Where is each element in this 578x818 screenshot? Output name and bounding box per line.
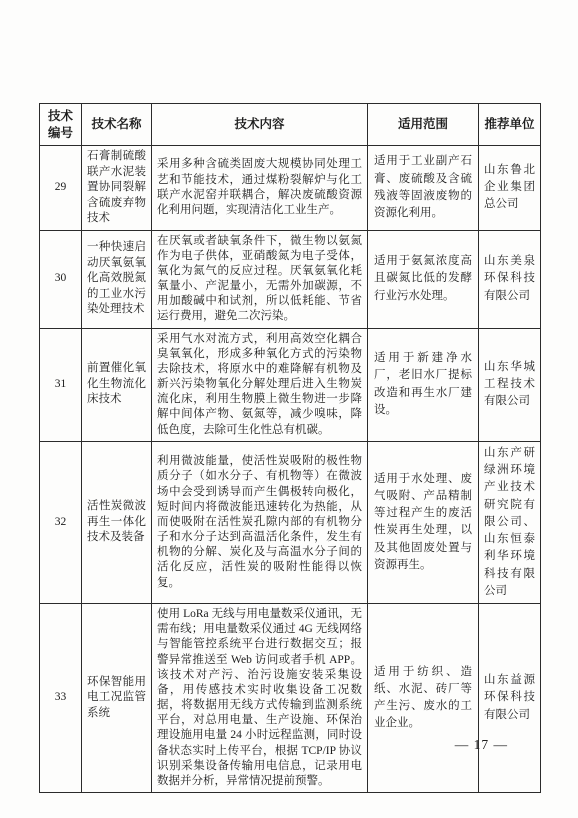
header-tech-content: 技术内容 (152, 104, 368, 146)
tech-content: 采用多种含硫类固废大规模协同处理工艺和节能技术，通过煤粉裂解炉与化工联产水泥窑并… (152, 146, 368, 231)
header-tech-number: 技术编号 (40, 104, 82, 146)
table-row: 32 活性炭微波再生一体化技术及装备 利用微波能量，使活性炭吸附的极性物质分子（… (40, 441, 541, 603)
tech-content: 利用微波能量，使活性炭吸附的极性物质分子（如水分子、有机物等）在微波场中会受到诱… (152, 441, 368, 603)
recommending-unit: 山东华城工程技术有限公司 (479, 328, 541, 441)
table-header-row: 技术编号 技术名称 技术内容 适用范围 推荐单位 (40, 104, 541, 146)
technology-table: 技术编号 技术名称 技术内容 适用范围 推荐单位 29 石膏制硫酸联产水泥装置协… (39, 103, 541, 793)
applicable-scope: 适用于水处理、废气吸附、产品精制等过程产生的废活性炭再生处理，以及其他固废处置与… (368, 441, 479, 603)
tech-name: 前置催化氧化生物流化床技术 (82, 328, 152, 441)
applicable-scope: 适用于纺织、造纸、水泥、砖厂等产生污、废水的工业企业。 (368, 604, 479, 793)
tech-content: 采用气水对流方式，利用高效空化耦合臭氧氧化，形成多种氧化方式的污染物去除技术，将… (152, 328, 368, 441)
tech-name: 一种快速启动厌氧氨氧化高效脱氮的工业水污染处理技术 (82, 230, 152, 328)
table-row: 31 前置催化氧化生物流化床技术 采用气水对流方式，利用高效空化耦合臭氧氧化，形… (40, 328, 541, 441)
header-tech-name: 技术名称 (82, 104, 152, 146)
table-row: 30 一种快速启动厌氧氨氧化高效脱氮的工业水污染处理技术 在厌氧或者缺氧条件下，… (40, 230, 541, 328)
applicable-scope: 适用于工业副产石膏、废硫酸及含硫残液等固液废物的资源化利用。 (368, 146, 479, 231)
tech-number: 30 (40, 230, 82, 328)
page-number: — 17 — (455, 737, 508, 753)
tech-number: 29 (40, 146, 82, 231)
tech-content: 在厌氧或者缺氧条件下，微生物以氨氮作为电子供体，亚硝酸氮为电子受体，氧化为氮气的… (152, 230, 368, 328)
tech-content: 使用 LoRa 无线与用电量数采仪通讯，无需布线；用电量数采仪通过 4G 无线网… (152, 604, 368, 793)
applicable-scope: 适用于氨氮浓度高且碳氮比低的发酵行业污水处理。 (368, 230, 479, 328)
header-applicable-scope: 适用范围 (368, 104, 479, 146)
tech-number: 33 (40, 604, 82, 793)
recommending-unit: 山东鲁北企业集团总公司 (479, 146, 541, 231)
applicable-scope: 适用于新建净水厂，老旧水厂提标改造和再生水厂建设。 (368, 328, 479, 441)
recommending-unit: 山东美泉环保科技有限公司 (479, 230, 541, 328)
tech-number: 31 (40, 328, 82, 441)
table-row: 33 环保智能用电工况监管系统 使用 LoRa 无线与用电量数采仪通讯，无需布线… (40, 604, 541, 793)
table-row: 29 石膏制硫酸联产水泥装置协同裂解含硫废弃物技术 采用多种含硫类固废大规模协同… (40, 146, 541, 231)
tech-name: 活性炭微波再生一体化技术及装备 (82, 441, 152, 603)
recommending-unit: 山东益源环保科技有限公司 (479, 604, 541, 793)
header-recommending-unit: 推荐单位 (479, 104, 541, 146)
document-page: 技术编号 技术名称 技术内容 适用范围 推荐单位 29 石膏制硫酸联产水泥装置协… (0, 0, 578, 818)
tech-name: 石膏制硫酸联产水泥装置协同裂解含硫废弃物技术 (82, 146, 152, 231)
tech-name: 环保智能用电工况监管系统 (82, 604, 152, 793)
tech-number: 32 (40, 441, 82, 603)
recommending-unit: 山东产研绿洲环境产业技术研究院有限公司、山东恒泰利华环境科技有限公司 (479, 441, 541, 603)
